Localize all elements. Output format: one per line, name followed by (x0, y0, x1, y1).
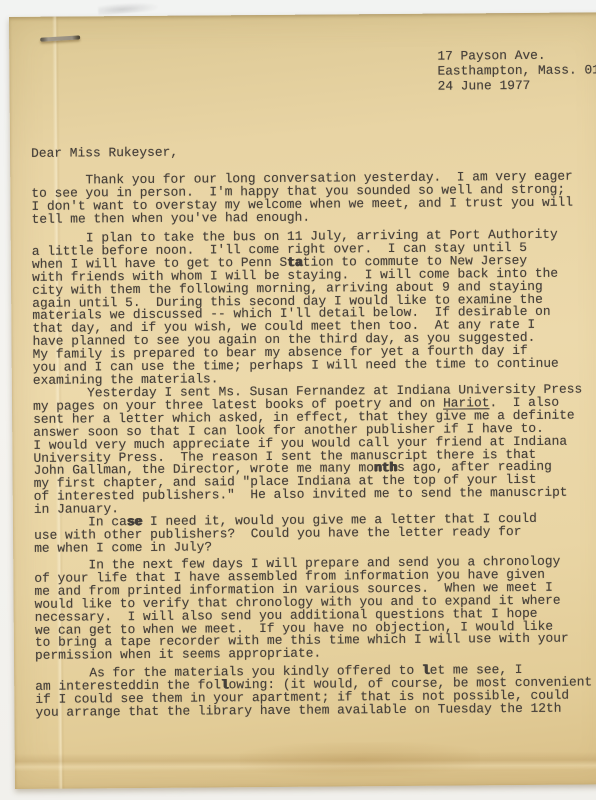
paragraph-thanks: Thank you for our long conversation yest… (31, 171, 573, 227)
return-address-block: 17 Payson Ave.Easthampton, Mass. 0102724… (437, 47, 596, 93)
paragraph-chronology: In the next few days I will prepare and … (34, 556, 569, 663)
paragraph-indiana-press: Yesterday I sent Ms. Susan Fernandez at … (33, 384, 583, 517)
typewritten-line: tell me then when you've had enough. (32, 209, 574, 226)
staple (40, 35, 80, 41)
salutation: Dear Miss Rukeyser, (31, 147, 178, 161)
typewritten-line: Dear Miss Rukeyser, (31, 147, 178, 161)
typewritten-line: me when I come in July? (34, 539, 537, 556)
paper-stain (240, 741, 480, 777)
scanned-letter-page: 17 Payson Ave.Easthampton, Mass. 0102724… (0, 0, 596, 800)
pencil-smudge (98, 1, 159, 15)
typewritten-line: Easthampton, Mass. 01027 (437, 62, 596, 78)
paragraph-materials: As for the materials you kindly offered … (35, 663, 592, 719)
typewritten-line: permission when it seems appropriate. (35, 646, 569, 663)
typewritten-line: 24 June 1977 (437, 77, 596, 93)
typewritten-line: 17 Payson Ave. (437, 47, 596, 63)
letter-paper: 17 Payson Ave.Easthampton, Mass. 0102724… (9, 12, 596, 789)
typewritten-line: you arrange that the library have them a… (35, 702, 592, 719)
paragraph-travel-plans: I plan to take the bus on 11 July, arriv… (32, 229, 559, 388)
paragraph-letter-request: In case I need it, would you give me a l… (34, 513, 537, 556)
